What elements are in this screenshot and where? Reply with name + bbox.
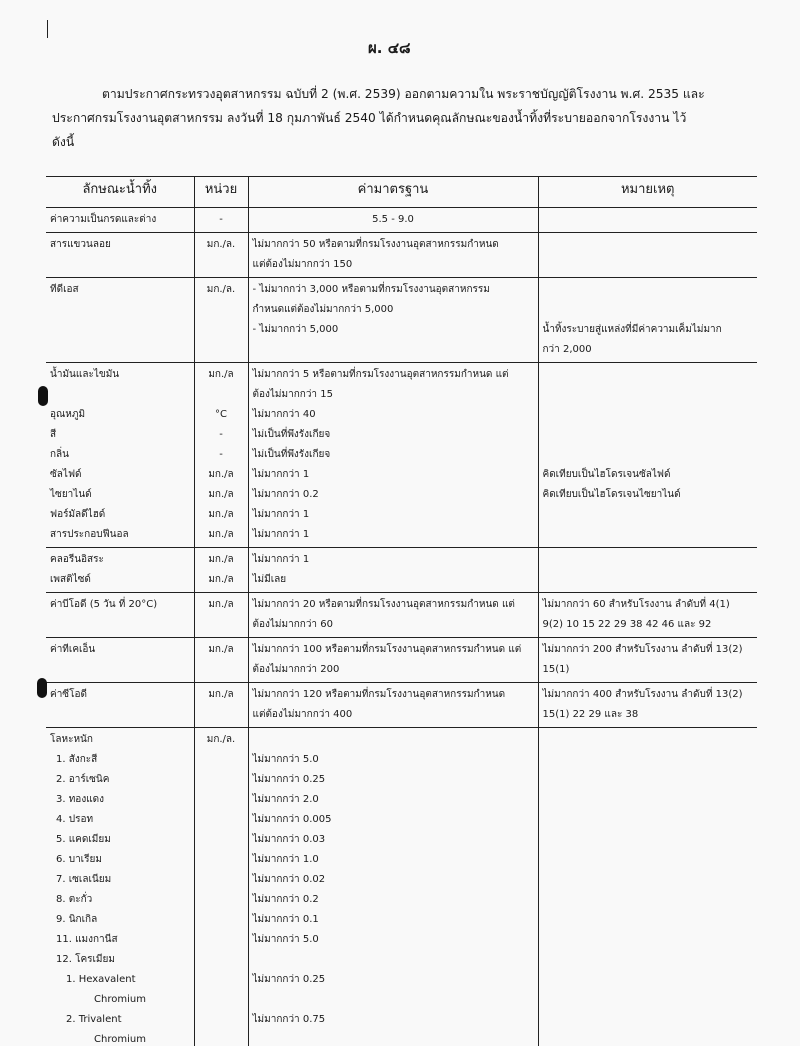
standard-line: ไม่มากกว่า 0.1 [253, 910, 534, 930]
remark-line [543, 280, 754, 300]
param-cell: สารแขวนลอย [46, 233, 194, 278]
standard-line [253, 1030, 534, 1046]
unit-line: - [199, 445, 244, 465]
table-row: ค่าทีเคเอ็นมก./ลไม่มากกว่า 100 หรือตามที… [46, 638, 757, 683]
param-line: 1. Hexavalent [50, 970, 190, 990]
param-line: 6. บาเรียม [50, 850, 190, 870]
remark-line: ไม่มากกว่า 200 สำหรับโรงงาน ลำดับที่ 13(… [543, 640, 754, 660]
unit-line: มก./ล [199, 485, 244, 505]
param-line: ค่าทีเคเอ็น [50, 640, 190, 660]
standard-line: ไม่เป็นที่พึงรังเกียจ [253, 425, 534, 445]
param-line: ซัลไฟด์ [50, 465, 190, 485]
unit-line: มก./ล [199, 365, 244, 385]
remark-line [543, 405, 754, 425]
param-line: ค่าซีโอดี [50, 685, 190, 705]
standard-line: ไม่มากกว่า 0.2 [253, 485, 534, 505]
remark-line: คิดเทียบเป็นไฮโดรเจนไซยาไนด์ [543, 485, 754, 505]
unit-line: มก./ล. [199, 730, 244, 750]
unit-line: มก./ล [199, 685, 244, 705]
remark-line: คิดเทียบเป็นไฮโดรเจนซัลไฟด์ [543, 465, 754, 485]
param-line: น้ำมันและไขมัน [50, 365, 190, 385]
remark-line [543, 445, 754, 465]
standard-line: ไม่มากกว่า 0.75 [253, 1010, 534, 1030]
param-line: โลหะหนัก [50, 730, 190, 750]
standard-cell: ไม่มากกว่า 100 หรือตามที่กรมโรงงานอุตสาห… [248, 638, 538, 683]
page-number: ผ. ๔๘ [368, 36, 411, 60]
unit-line: มก./ล [199, 640, 244, 660]
unit-line: °C [199, 405, 244, 425]
param-line: 2. Trivalent [50, 1010, 190, 1030]
standard-line: ไม่มากกว่า 1 [253, 465, 534, 485]
standard-line [253, 950, 534, 970]
table-header-row: ลักษณะน้ำทิ้ง หน่วย ค่ามาตรฐาน หมายเหตุ [46, 177, 757, 208]
standard-line: ไม่มากกว่า 5 หรือตามที่กรมโรงงานอุตสาหกร… [253, 365, 534, 385]
header-unit: หน่วย [194, 177, 248, 208]
standard-line: แต่ต้องไม่มากกว่า 400 [253, 705, 534, 725]
unit-cell: มก./ล. [194, 233, 248, 278]
unit-line: มก./ล [199, 505, 244, 525]
remark-line [543, 525, 754, 545]
param-line: 12. โครเมียม [50, 950, 190, 970]
param-line: ค่าบีโอดี (5 วัน ที่ 20°C) [50, 595, 190, 615]
standard-line: ต้องไม่มากกว่า 15 [253, 385, 534, 405]
remark-line: กว่า 2,000 [543, 340, 754, 360]
remark-line [543, 385, 754, 405]
effluent-standards-table: ลักษณะน้ำทิ้ง หน่วย ค่ามาตรฐาน หมายเหตุ … [46, 176, 757, 1046]
standard-cell: ไม่มากกว่า 120 หรือตามที่กรมโรงงานอุตสาห… [248, 683, 538, 728]
remark-line [543, 505, 754, 525]
standard-line: ไม่มากกว่า 0.005 [253, 810, 534, 830]
standard-line: ต้องไม่มากกว่า 200 [253, 660, 534, 680]
remark-line [543, 300, 754, 320]
remark-line: ไม่มากกว่า 400 สำหรับโรงงาน ลำดับที่ 13(… [543, 685, 754, 705]
standard-cell: - ไม่มากกว่า 3,000 หรือตามที่กรมโรงงานอุ… [248, 278, 538, 363]
standard-line: ไม่มากกว่า 2.0 [253, 790, 534, 810]
standard-line: ไม่มากกว่า 0.2 [253, 890, 534, 910]
unit-cell: มก./ล. [194, 278, 248, 363]
unit-line: มก./ล [199, 550, 244, 570]
unit-cell: มก./ล. [194, 728, 248, 1046]
param-line: Chromium [50, 990, 190, 1010]
param-cell: ค่าความเป็นกรดและด่าง [46, 208, 194, 233]
standard-line: ไม่เป็นที่พึงรังเกียจ [253, 445, 534, 465]
standard-line: ไม่มากกว่า 50 หรือตามที่กรมโรงงานอุตสาหก… [253, 235, 534, 255]
param-line: กลิ่น [50, 445, 190, 465]
param-cell: ค่าทีเคเอ็น [46, 638, 194, 683]
param-line: อุณหภูมิ [50, 405, 190, 425]
standard-line [253, 730, 534, 750]
param-line: 4. ปรอท [50, 810, 190, 830]
standard-line: ต้องไม่มากกว่า 60 [253, 615, 534, 635]
table-row: โลหะหนัก1. สังกะสี2. อาร์เซนิค3. ทองแดง4… [46, 728, 757, 1046]
param-line [50, 385, 190, 405]
scan-blot [37, 678, 47, 698]
unit-cell: มก./ล [194, 638, 248, 683]
param-line: ทีดีเอส [50, 280, 190, 300]
intro-paragraph: ตามประกาศกระทรวงอุตสาหกรรม ฉบับที่ 2 (พ.… [52, 82, 757, 154]
unit-line: - [199, 210, 244, 230]
unit-line [199, 385, 244, 405]
standard-line: - ไม่มากกว่า 3,000 หรือตามที่กรมโรงงานอุ… [253, 280, 534, 300]
param-cell: โลหะหนัก1. สังกะสี2. อาร์เซนิค3. ทองแดง4… [46, 728, 194, 1046]
standard-line: ไม่มากกว่า 100 หรือตามที่กรมโรงงานอุตสาห… [253, 640, 534, 660]
param-cell: คลอรีนอิสระเพสติไซด์ [46, 548, 194, 593]
standard-line: ไม่มากกว่า 5.0 [253, 930, 534, 950]
remark-line [543, 365, 754, 385]
remark-cell: ไม่มากกว่า 200 สำหรับโรงงาน ลำดับที่ 13(… [538, 638, 757, 683]
standard-line: ไม่มากกว่า 0.25 [253, 970, 534, 990]
remark-cell [538, 208, 757, 233]
table-row: ค่าความเป็นกรดและด่าง-5.5 - 9.0 [46, 208, 757, 233]
param-cell: ค่าซีโอดี [46, 683, 194, 728]
standard-cell: 5.5 - 9.0 [248, 208, 538, 233]
param-line: 9. นิกเกิล [50, 910, 190, 930]
remark-cell: คิดเทียบเป็นไฮโดรเจนซัลไฟด์คิดเทียบเป็นไ… [538, 363, 757, 548]
remark-line: 9(2) 10 15 22 29 38 42 46 และ 92 [543, 615, 754, 635]
standard-line: ไม่มากกว่า 120 หรือตามที่กรมโรงงานอุตสาห… [253, 685, 534, 705]
param-cell: ค่าบีโอดี (5 วัน ที่ 20°C) [46, 593, 194, 638]
param-line: 1. สังกะสี [50, 750, 190, 770]
standard-line: - ไม่มากกว่า 5,000 [253, 320, 534, 340]
standard-cell: ไม่มากกว่า 5.0ไม่มากกว่า 0.25ไม่มากกว่า … [248, 728, 538, 1046]
standard-line: ไม่มากกว่า 0.03 [253, 830, 534, 850]
param-line: ค่าความเป็นกรดและด่าง [50, 210, 190, 230]
table-row: สารแขวนลอยมก./ล.ไม่มากกว่า 50 หรือตามที่… [46, 233, 757, 278]
standard-line: ไม่มากกว่า 0.25 [253, 770, 534, 790]
unit-line: - [199, 425, 244, 445]
param-line: ฟอร์มัลดีไฮด์ [50, 505, 190, 525]
remark-line: ไม่มากกว่า 60 สำหรับโรงงาน ลำดับที่ 4(1) [543, 595, 754, 615]
unit-line: มก./ล [199, 525, 244, 545]
param-line: 8. ตะกั่ว [50, 890, 190, 910]
remark-line: น้ำทิ้งระบายสู่แหล่งที่มีค่าความเค็มไม่ม… [543, 320, 754, 340]
remark-line: 15(1) 22 29 และ 38 [543, 705, 754, 725]
intro-line-3: ดังนี้ [52, 130, 757, 154]
param-line: เพสติไซด์ [50, 570, 190, 590]
table-row: ค่าบีโอดี (5 วัน ที่ 20°C)มก./ลไม่มากกว่… [46, 593, 757, 638]
remark-cell: ไม่มากกว่า 400 สำหรับโรงงาน ลำดับที่ 13(… [538, 683, 757, 728]
standard-line: ไม่มากกว่า 5.0 [253, 750, 534, 770]
remark-cell [538, 233, 757, 278]
standard-line: กำหนดแต่ต้องไม่มากกว่า 5,000 [253, 300, 534, 320]
remark-cell [538, 728, 757, 1046]
standard-line: ไม่มากกว่า 1 [253, 550, 534, 570]
param-line: คลอรีนอิสระ [50, 550, 190, 570]
intro-line-1: ตามประกาศกระทรวงอุตสาหกรรม ฉบับที่ 2 (พ.… [52, 82, 757, 106]
param-line: สี [50, 425, 190, 445]
header-parameter: ลักษณะน้ำทิ้ง [46, 177, 194, 208]
unit-cell: มก./ล [194, 683, 248, 728]
param-line: 3. ทองแดง [50, 790, 190, 810]
remark-line [543, 425, 754, 445]
intro-line-2: ประกาศกรมโรงงานอุตสาหกรรม ลงวันที่ 18 กุ… [52, 106, 757, 130]
param-line: Chromium [50, 1030, 190, 1046]
standard-cell: ไม่มากกว่า 50 หรือตามที่กรมโรงงานอุตสาหก… [248, 233, 538, 278]
scan-blot [38, 386, 48, 406]
param-line: 5. แคดเมียม [50, 830, 190, 850]
unit-line: มก./ล [199, 570, 244, 590]
remark-line: 15(1) [543, 660, 754, 680]
table-row: คลอรีนอิสระเพสติไซด์มก./ลมก./ลไม่มากกว่า… [46, 548, 757, 593]
scan-margin-mark [47, 20, 48, 38]
standard-line [253, 990, 534, 1010]
unit-line: มก./ล [199, 595, 244, 615]
standard-cell: ไม่มากกว่า 1ไม่มีเลย [248, 548, 538, 593]
param-cell: ทีดีเอส [46, 278, 194, 363]
standard-line: 5.5 - 9.0 [253, 210, 534, 230]
standard-line: ไม่มากกว่า 1 [253, 525, 534, 545]
header-remark: หมายเหตุ [538, 177, 757, 208]
standard-line: ไม่มากกว่า 0.02 [253, 870, 534, 890]
unit-cell: มก./ล °C--มก./ลมก./ลมก./ลมก./ล [194, 363, 248, 548]
standard-line: ไม่มีเลย [253, 570, 534, 590]
param-line: ไซยาไนด์ [50, 485, 190, 505]
standard-cell: ไม่มากกว่า 20 หรือตามที่กรมโรงงานอุตสาหก… [248, 593, 538, 638]
standard-line: ไม่มากกว่า 1.0 [253, 850, 534, 870]
unit-line: มก./ล [199, 465, 244, 485]
unit-cell: - [194, 208, 248, 233]
param-line: 7. เซเลเนียม [50, 870, 190, 890]
param-line: สารประกอบฟีนอล [50, 525, 190, 545]
unit-line: มก./ล. [199, 280, 244, 300]
remark-cell [538, 548, 757, 593]
param-cell: น้ำมันและไขมัน อุณหภูมิสีกลิ่นซัลไฟด์ไซย… [46, 363, 194, 548]
table-row: น้ำมันและไขมัน อุณหภูมิสีกลิ่นซัลไฟด์ไซย… [46, 363, 757, 548]
unit-line: มก./ล. [199, 235, 244, 255]
standard-cell: ไม่มากกว่า 5 หรือตามที่กรมโรงงานอุตสาหกร… [248, 363, 538, 548]
unit-cell: มก./ลมก./ล [194, 548, 248, 593]
param-line: สารแขวนลอย [50, 235, 190, 255]
header-standard: ค่ามาตรฐาน [248, 177, 538, 208]
param-line: 2. อาร์เซนิค [50, 770, 190, 790]
unit-cell: มก./ล [194, 593, 248, 638]
table-row: ค่าซีโอดีมก./ลไม่มากกว่า 120 หรือตามที่ก… [46, 683, 757, 728]
remark-cell: ไม่มากกว่า 60 สำหรับโรงงาน ลำดับที่ 4(1)… [538, 593, 757, 638]
standard-line: ไม่มากกว่า 40 [253, 405, 534, 425]
table-row: ทีดีเอสมก./ล.- ไม่มากกว่า 3,000 หรือตามท… [46, 278, 757, 363]
param-line: 11. แมงกานีส [50, 930, 190, 950]
standard-line: ไม่มากกว่า 20 หรือตามที่กรมโรงงานอุตสาหก… [253, 595, 534, 615]
standard-line: แต่ต้องไม่มากกว่า 150 [253, 255, 534, 275]
standard-line: ไม่มากกว่า 1 [253, 505, 534, 525]
remark-cell: น้ำทิ้งระบายสู่แหล่งที่มีค่าความเค็มไม่ม… [538, 278, 757, 363]
